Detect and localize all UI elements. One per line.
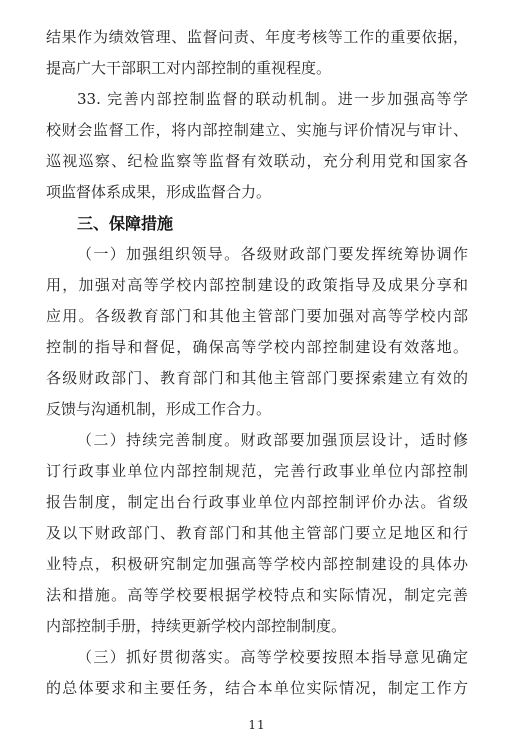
text-line: 内部控制手册，持续更新学校内部控制制度。: [46, 611, 468, 642]
document-body: 结果作为绩效管理、监督问责、年度考核等工作的重要依据， 提高广大干部职工对内部控…: [46, 22, 468, 704]
text-line: 校财会监督工作，将内部控制建立、实施与评价情况与审计、: [46, 115, 468, 146]
document-page: 结果作为绩效管理、监督问责、年度考核等工作的重要依据， 提高广大干部职工对内部控…: [0, 0, 514, 753]
text-line: 法和措施。高等学校要根据学校特点和实际情况，制定完善: [46, 580, 468, 611]
text-line: 控制的指导和督促，确保高等学校内部控制建设有效落地。: [46, 332, 468, 363]
text-line: 反馈与沟通机制，形成工作合力。: [46, 394, 468, 425]
text-line: 业特点，积极研究制定加强高等学校内部控制建设的具体办: [46, 549, 468, 580]
text-line: 结果作为绩效管理、监督问责、年度考核等工作的重要依据，: [46, 22, 468, 53]
text-line: 订行政事业单位内部控制规范，完善行政事业单位内部控制: [46, 456, 468, 487]
text-line: 报告制度，制定出台行政事业单位内部控制评价办法。省级: [46, 487, 468, 518]
text-line: （一）加强组织领导。各级财政部门要发挥统筹协调作: [46, 239, 468, 270]
text-line: 项监督体系成果，形成监督合力。: [46, 177, 468, 208]
text-line: （二）持续完善制度。财政部要加强顶层设计，适时修: [46, 425, 468, 456]
text-line: 33. 完善内部控制监督的联动机制。进一步加强高等学: [46, 84, 468, 115]
text-line: 的总体要求和主要任务，结合本单位实际情况，制定工作方: [46, 673, 468, 704]
text-line: 巡视巡察、纪检监察等监督有效联动，充分利用党和国家各: [46, 146, 468, 177]
text-line: 提高广大干部职工对内部控制的重视程度。: [46, 53, 468, 84]
page-number: 11: [0, 718, 514, 732]
section-heading: 三、保障措施: [46, 208, 468, 239]
text-line: （三）抓好贯彻落实。高等学校要按照本指导意见确定: [46, 642, 468, 673]
text-line: 用，加强对高等学校内部控制建设的政策指导及成果分享和: [46, 270, 468, 301]
text-line: 及以下财政部门、教育部门和其他主管部门要立足地区和行: [46, 518, 468, 549]
text-line: 各级财政部门、教育部门和其他主管部门要探索建立有效的: [46, 363, 468, 394]
text-line: 应用。各级教育部门和其他主管部门要加强对高等学校内部: [46, 301, 468, 332]
